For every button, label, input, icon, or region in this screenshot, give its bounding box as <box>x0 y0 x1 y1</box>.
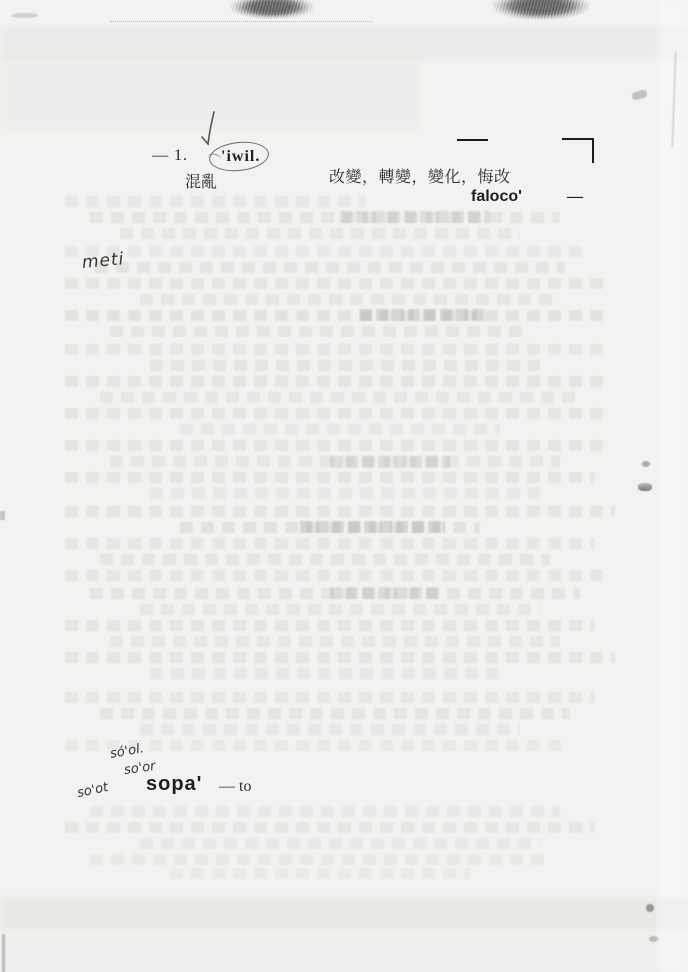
corner-bracket <box>562 138 594 163</box>
scan-speck <box>0 511 5 520</box>
circled-headword: 'iwil. <box>221 148 260 166</box>
scan-speck <box>12 13 38 18</box>
pencil-checkmark <box>197 110 219 152</box>
faint-dotted-line <box>110 21 372 22</box>
toner-smudge <box>492 0 590 20</box>
handwritten-note-line3: so'ot <box>76 780 110 801</box>
suffix-text: to <box>239 778 251 795</box>
scan-speck <box>642 461 650 467</box>
headword-sopa: sopa' <box>146 773 202 796</box>
page-edge-shadow <box>2 934 5 972</box>
scan-shading-band <box>0 26 688 60</box>
scan-shading-band <box>0 934 688 972</box>
scan-shading-band <box>0 898 688 930</box>
chinese-gloss-left: 混亂 <box>185 169 217 192</box>
headword-faloco: faloco' <box>471 188 522 206</box>
suffix-dash: — <box>219 778 235 795</box>
scan-speck <box>638 483 652 491</box>
scanned-dictionary-page: { "colors": { "paper": "#f3f2f0", "ink":… <box>0 0 688 972</box>
handwritten-note-meti: meti <box>81 249 125 273</box>
scan-speck <box>649 936 658 942</box>
entry-number: — 1. <box>152 147 188 165</box>
trailing-dash: — <box>567 188 583 206</box>
printed-line-segment <box>457 139 488 141</box>
bottom-entry-suffix: — to <box>219 778 251 796</box>
chinese-gloss-right: 改變，轉變，變化，悔改 <box>329 164 511 187</box>
toner-smudge <box>230 0 314 19</box>
scan-speck <box>646 904 654 912</box>
scan-scribble-mark <box>631 89 648 101</box>
